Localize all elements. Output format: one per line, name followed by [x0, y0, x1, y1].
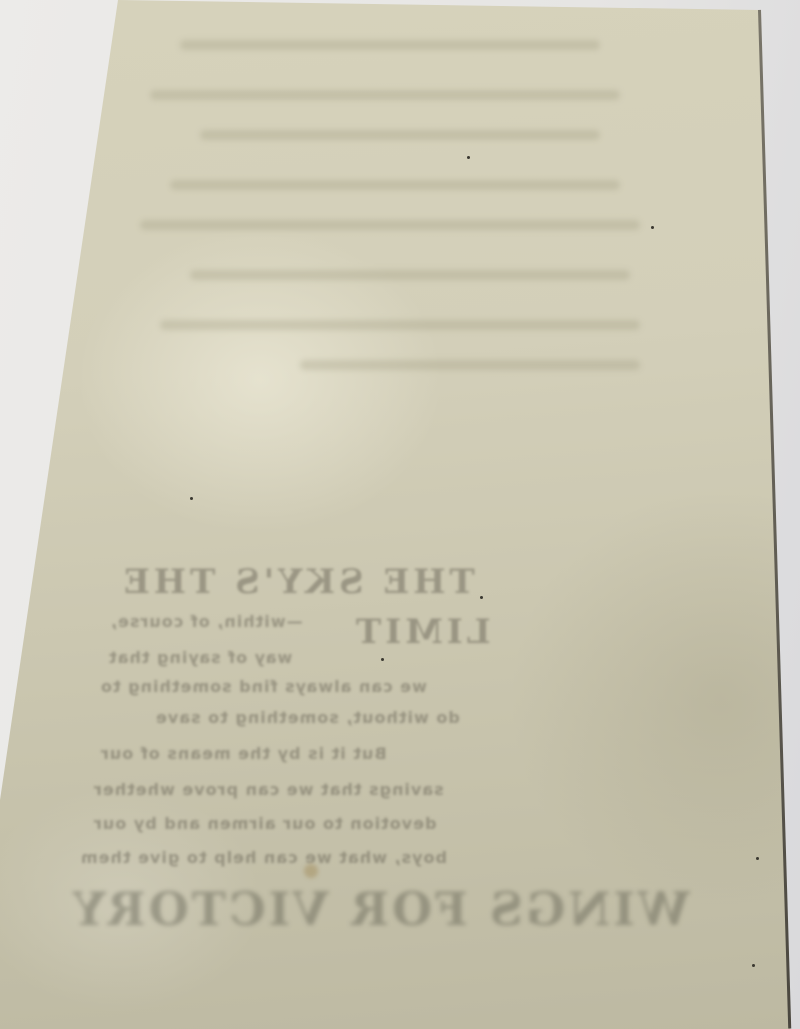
- headline-aside-line1: —within, of course,: [110, 612, 303, 631]
- body-line: But it is by the means of our: [100, 744, 387, 763]
- paper-sheet: THE SKY'S THE LIMIT —within, of course, …: [0, 0, 800, 1029]
- headline-aside-line2: way of saying that: [108, 648, 292, 667]
- body-line: do without, something to save: [155, 708, 460, 727]
- body-line: savings that we can prove whether: [93, 780, 444, 799]
- body-line: we can always find something to: [100, 677, 427, 696]
- footer-title: WINGS FOR VICTORY: [70, 882, 690, 936]
- body-line: boys, what we can help to give them: [80, 848, 447, 867]
- body-line: devotion to our airmen and by our: [93, 814, 436, 833]
- headline-line1: THE SKY'S THE: [120, 562, 475, 602]
- headline-line2: LIMIT: [352, 612, 491, 652]
